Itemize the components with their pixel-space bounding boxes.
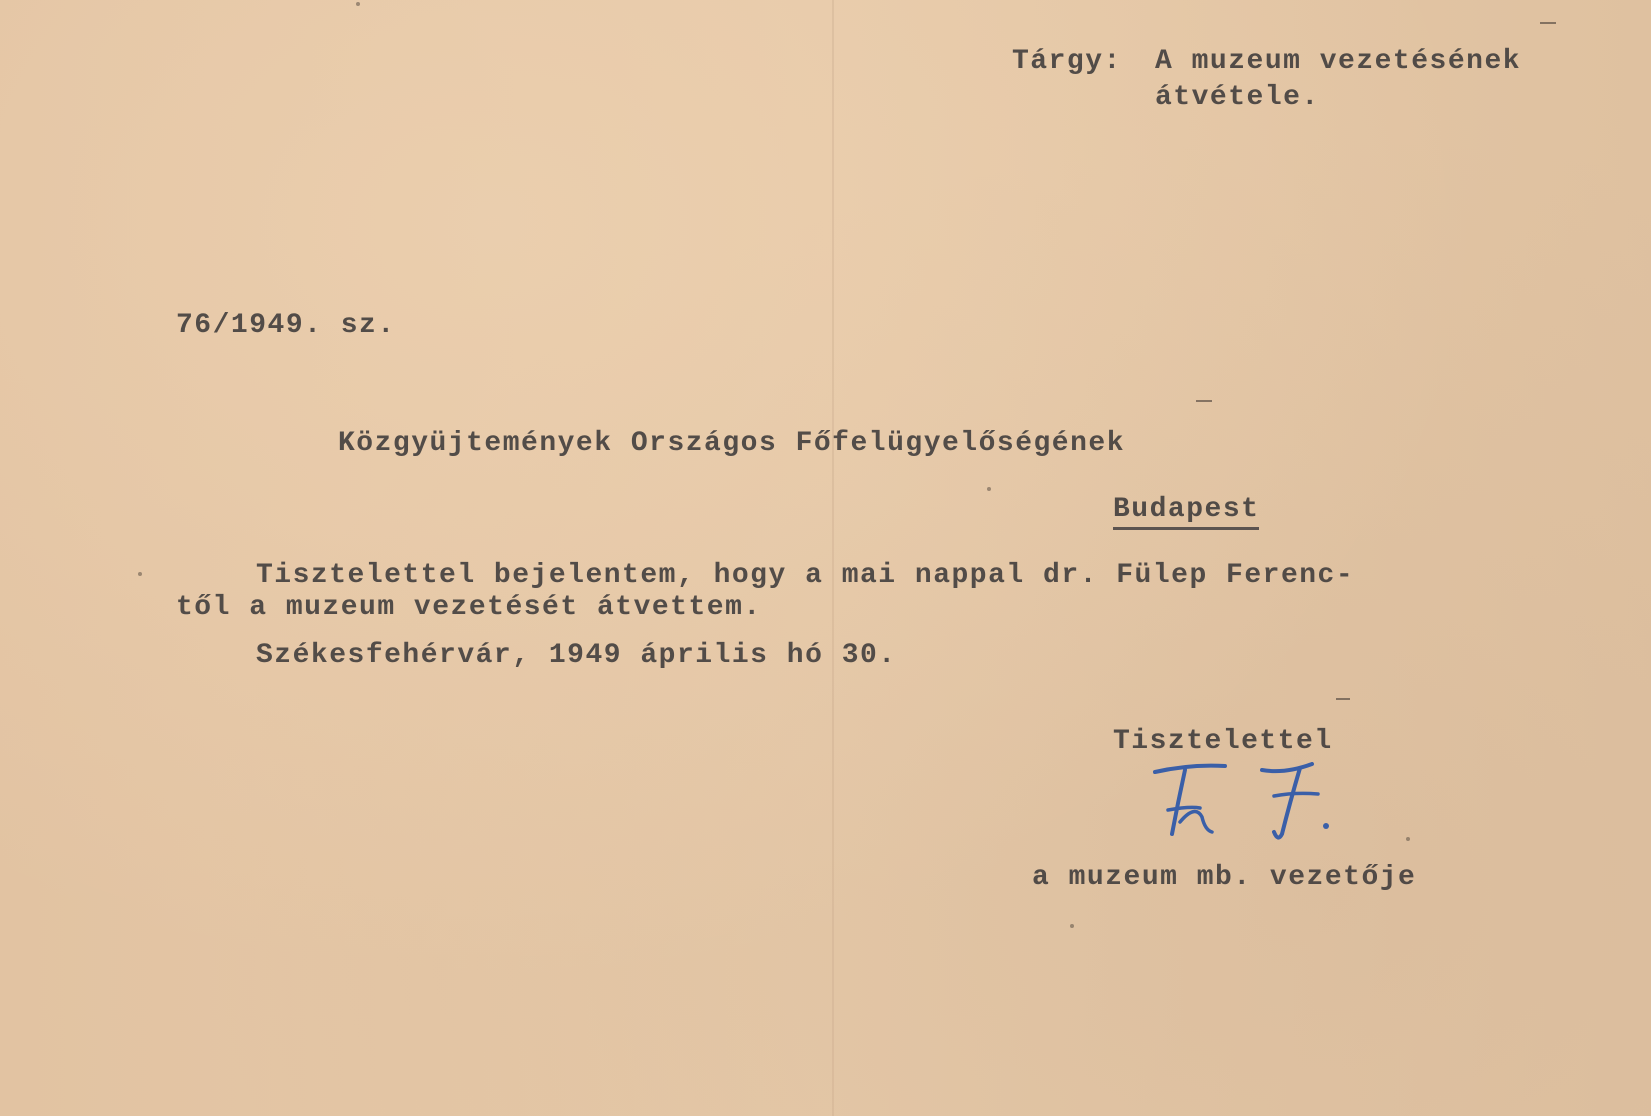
signatory-title: a muzeum mb. vezetője [1032, 862, 1416, 893]
paper-mark [1336, 698, 1350, 700]
place-date: Székesfehérvár, 1949 április hó 30. [256, 640, 897, 671]
paper-speck [1406, 837, 1410, 841]
subject-label: Tárgy: [1012, 46, 1122, 77]
letter-page: Tárgy: A muzeum vezetésének átvétele. 76… [0, 0, 1651, 1116]
addressee-city: Budapest [1113, 494, 1259, 530]
body-line-1: Tisztelettel bejelentem, hogy a mai napp… [256, 560, 1354, 591]
handwritten-signature [1150, 762, 1350, 872]
subject-line-2: átvétele. [1155, 82, 1320, 113]
reference-number: 76/1949. sz. [176, 310, 396, 341]
paper-speck [987, 487, 991, 491]
paper-speck [356, 2, 360, 6]
closing: Tisztelettel [1113, 726, 1333, 757]
paper-speck [138, 572, 142, 576]
addressee: Közgyüjtemények Országos Főfelügyelőségé… [338, 428, 1125, 459]
subject-line-1: A muzeum vezetésének [1155, 46, 1521, 77]
paper-mark [1540, 22, 1556, 24]
paper-speck [1070, 924, 1074, 928]
paper-fold-crease [832, 0, 834, 1116]
paper-mark [1196, 400, 1212, 402]
body-line-2: től a muzeum vezetését átvettem. [176, 592, 762, 623]
